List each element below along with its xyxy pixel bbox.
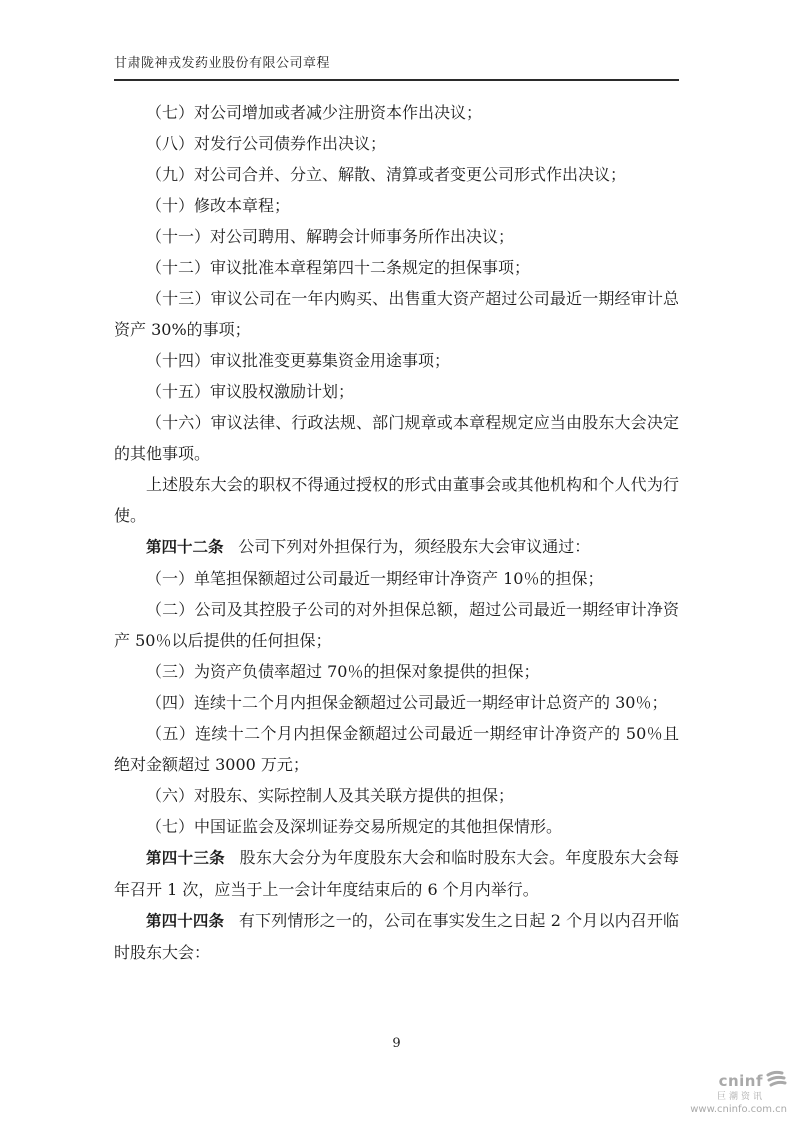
paragraph-text: （十）修改本章程； xyxy=(146,196,290,215)
paragraph: （十）修改本章程； xyxy=(114,190,679,221)
paragraph: （十五）审议股权激励计划； xyxy=(114,376,679,407)
paragraph: （四）连续十二个月内担保金额超过公司最近一期经审计总资产的 30％； xyxy=(114,687,679,718)
paragraph-text: （二）公司及其控股子公司的对外担保总额，超过公司最近一期经审计净资产 50％以后… xyxy=(114,600,679,650)
paragraph-text: （十二）审议批准本章程第四十二条规定的担保事项； xyxy=(146,258,530,277)
paragraph: （二）公司及其控股子公司的对外担保总额，超过公司最近一期经审计净资产 50％以后… xyxy=(114,594,679,656)
paragraph: 第四十三条股东大会分为年度股东大会和临时股东大会。年度股东大会每年召开 1 次，… xyxy=(114,842,679,905)
paragraph-text: （十三）审议公司在一年内购买、出售重大资产超过公司最近一期经审计总资产 30%的… xyxy=(114,289,679,339)
logo-brand-row: cninf xyxy=(677,1070,787,1092)
paragraph-text: （十一）对公司聘用、解聘会计师事务所作出决议； xyxy=(146,227,514,246)
paragraph-text: （五）连续十二个月内担保金额超过公司最近一期经审计净资产的 50％且绝对金额超过… xyxy=(114,724,679,774)
paragraph-text: （八）对发行公司债券作出决议； xyxy=(146,134,386,153)
paragraph: （七）对公司增加或者减少注册资本作出决议； xyxy=(114,97,679,128)
paragraph: （六）对股东、实际控制人及其关联方提供的担保； xyxy=(114,780,679,811)
logo-chinese-name: 巨潮资讯 xyxy=(677,1093,765,1103)
paragraph: 第四十二条公司下列对外担保行为，须经股东大会审议通过： xyxy=(114,531,679,563)
paragraph: （十二）审议批准本章程第四十二条规定的担保事项； xyxy=(114,252,679,283)
paragraph: （九）对公司合并、分立、解散、清算或者变更公司形式作出决议； xyxy=(114,159,679,190)
logo-brand-text: cninf xyxy=(719,1073,763,1090)
paragraph: 第四十四条有下列情形之一的，公司在事实发生之日起 2 个月以内召开临时股东大会： xyxy=(114,905,679,968)
paragraph-text: （一）单笔担保额超过公司最近一期经审计净资产 10％的担保； xyxy=(146,569,603,588)
paragraph: （五）连续十二个月内担保金额超过公司最近一期经审计净资产的 50％且绝对金额超过… xyxy=(114,718,679,780)
paragraph-text: （七）中国证监会及深圳证券交易所规定的其他担保情形。 xyxy=(146,817,562,836)
paragraph-text: （十六）审议法律、行政法规、部门规章或本章程规定应当由股东大会决定的其他事项。 xyxy=(114,413,679,463)
paragraph: 上述股东大会的职权不得通过授权的形式由董事会或其他机构和个人代为行使。 xyxy=(114,469,679,531)
paragraph: （八）对发行公司债券作出决议； xyxy=(114,128,679,159)
cninfo-logo: cninf 巨潮资讯 www.cninfo.com.cn xyxy=(677,1070,787,1115)
paragraph-text: （十四）审议批准变更募集资金用途事项； xyxy=(146,351,450,370)
article-term: 第四十四条 xyxy=(146,912,224,930)
paragraph-text: （九）对公司合并、分立、解散、清算或者变更公司形式作出决议； xyxy=(146,165,626,184)
article-term: 第四十二条 xyxy=(146,538,224,556)
paragraph-text: （六）对股东、实际控制人及其关联方提供的担保； xyxy=(146,786,514,805)
document-body: （七）对公司增加或者减少注册资本作出决议； （八）对发行公司债券作出决议； （九… xyxy=(114,97,679,968)
paragraph-text: 上述股东大会的职权不得通过授权的形式由董事会或其他机构和个人代为行使。 xyxy=(114,475,679,525)
header-title: 甘肃陇神戎发药业股份有限公司章程 xyxy=(114,56,330,71)
paragraph-text: （三）为资产负债率超过 70％的担保对象提供的担保； xyxy=(146,662,539,681)
logo-url: www.cninfo.com.cn xyxy=(677,1104,787,1115)
paragraph: （十四）审议批准变更募集资金用途事项； xyxy=(114,345,679,376)
paragraph-text: （四）连续十二个月内担保金额超过公司最近一期经审计总资产的 30％； xyxy=(146,693,667,712)
paragraph-text: （十五）审议股权激励计划； xyxy=(146,382,354,401)
paragraph-text: 公司下列对外担保行为，须经股东大会审议通过： xyxy=(238,537,590,556)
paragraph-text: （七）对公司增加或者减少注册资本作出决议； xyxy=(146,103,482,122)
document-page: 甘肃陇神戎发药业股份有限公司章程 （七）对公司增加或者减少注册资本作出决议； （… xyxy=(0,0,793,1122)
cninfo-swirl-icon xyxy=(765,1070,787,1092)
article-term: 第四十三条 xyxy=(146,849,225,867)
paragraph: （十一）对公司聘用、解聘会计师事务所作出决议； xyxy=(114,221,679,252)
paragraph: （七）中国证监会及深圳证券交易所规定的其他担保情形。 xyxy=(114,811,679,842)
page-number: 9 xyxy=(0,1036,793,1051)
paragraph: （一）单笔担保额超过公司最近一期经审计净资产 10％的担保； xyxy=(114,563,679,594)
paragraph: （十三）审议公司在一年内购买、出售重大资产超过公司最近一期经审计总资产 30%的… xyxy=(114,283,679,345)
paragraph: （三）为资产负债率超过 70％的担保对象提供的担保； xyxy=(114,656,679,687)
paragraph: （十六）审议法律、行政法规、部门规章或本章程规定应当由股东大会决定的其他事项。 xyxy=(114,407,679,469)
page-header: 甘肃陇神戎发药业股份有限公司章程 xyxy=(114,52,679,81)
